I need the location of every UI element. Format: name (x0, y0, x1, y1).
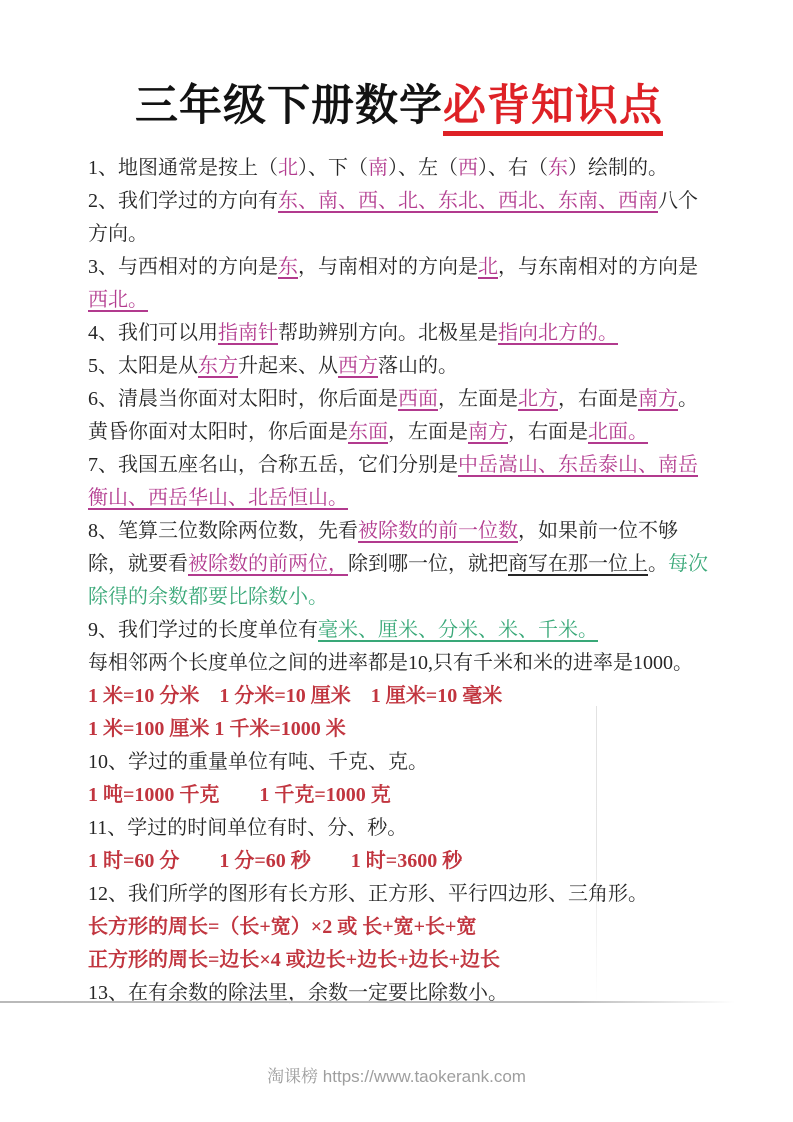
text-segment: 4、我们可以用 (88, 322, 218, 344)
text-segment: 5、太阳是从 (88, 355, 198, 377)
knowledge-item: 5、太阳是从东方升起来、从西方落山的。 (88, 350, 710, 383)
text-segment: 东、南、西、北、东北、西北、东南、西南 (278, 190, 658, 212)
text-segment: 西 (458, 157, 478, 179)
text-segment: 3、与西相对的方向是 (88, 256, 278, 278)
knowledge-item: 每相邻两个长度单位之间的进率都是10,只有千米和米的进率是1000。 (88, 647, 710, 680)
text-segment: 商写在那一位上 (508, 553, 648, 575)
text-segment: 毫米、厘米、分米、米、千米。 (318, 619, 598, 641)
text-segment: 10、学过的重量单位有吨、千克、克。 (88, 751, 428, 773)
text-segment: ，与南相对的方向是 (298, 256, 478, 278)
text-segment: ，左面是 (388, 421, 468, 443)
knowledge-item: 12、我们所学的图形有长方形、正方形、平行四边形、三角形。 (88, 878, 710, 911)
text-segment: 6、清晨当你面对太阳时，你后面是 (88, 388, 398, 410)
knowledge-item: 3、与西相对的方向是东，与南相对的方向是北，与东南相对的方向是西北。 (88, 251, 710, 317)
text-segment: 东 (548, 157, 568, 179)
knowledge-item: 4、我们可以用指南针帮助辨别方向。北极星是指向北方的。 (88, 317, 710, 350)
text-segment: 西方 (338, 355, 378, 377)
text-segment: 北 (478, 256, 498, 278)
text-segment: ）、左（ (388, 157, 458, 179)
text-segment: 除到哪一位，就把 (348, 553, 508, 575)
document-page: 三年级下册数学必背知识点 1、地图通常是按上（北）、下（南）、左（西）、右（东）… (88, 0, 710, 1010)
formula-line: 1 吨=1000 千克 1 千克=1000 克 (88, 779, 710, 812)
text-segment: 1 时=60 分 1 分=60 秒 1 时=3600 秒 (88, 850, 462, 872)
page-title-black-part: 三年级下册数学 (135, 82, 443, 130)
text-segment: 东面 (348, 421, 388, 443)
text-segment: 长方形的周长=（长+宽）×2 或 长+宽+长+宽 (88, 916, 476, 938)
knowledge-item: 6、清晨当你面对太阳时，你后面是西面，左面是北方，右面是南方。黄昏你面对太阳时，… (88, 383, 710, 449)
knowledge-item: 8、笔算三位数除两位数，先看被除数的前一位数，如果前一位不够除，就要看被除数的前… (88, 515, 710, 614)
text-segment: 帮助辨别方向。北极星是 (278, 322, 498, 344)
text-segment: ）、下（ (298, 157, 368, 179)
knowledge-item: 9、我们学过的长度单位有毫米、厘米、分米、米、千米。 (88, 614, 710, 647)
knowledge-item: 2、我们学过的方向有东、南、西、北、东北、西北、东南、西南八个方向。 (88, 185, 710, 251)
knowledge-item: 1、地图通常是按上（北）、下（南）、左（西）、右（东）绘制的。 (88, 152, 710, 185)
text-segment: ，左面是 (438, 388, 518, 410)
footer-url: https://www.taokerank.com (323, 1067, 526, 1086)
text-segment: 12、我们所学的图形有长方形、正方形、平行四边形、三角形。 (88, 883, 648, 905)
text-segment: 西面 (398, 388, 438, 410)
bottom-divider-line (0, 1001, 735, 1003)
text-segment: ，右面是 (508, 421, 588, 443)
text-segment: 1 米=100 厘米 1 千米=1000 米 (88, 718, 346, 740)
page-title: 三年级下册数学必背知识点 (88, 78, 710, 134)
footer: 淘课榜 https://www.taokerank.com (0, 1064, 793, 1090)
text-segment: 7、我国五座名山，合称五岳，它们分别是 (88, 454, 458, 476)
text-segment: 1、地图通常是按上（ (88, 157, 278, 179)
text-segment: 落山的。 (378, 355, 458, 377)
text-segment: ）、右（ (478, 157, 548, 179)
knowledge-item: 10、学过的重量单位有吨、千克、克。 (88, 746, 710, 779)
text-segment: 东 (278, 256, 298, 278)
text-segment: 1 吨=1000 千克 1 千克=1000 克 (88, 784, 391, 806)
text-segment: 升起来、从 (238, 355, 338, 377)
text-segment: 指向北方的。 (498, 322, 618, 344)
text-segment: 被除数的前一位数 (358, 520, 518, 542)
text-segment: 11、学过的时间单位有时、分、秒。 (88, 817, 407, 839)
text-segment: 每相邻两个长度单位之间的进率都是10,只有千米和米的进率是1000。 (88, 652, 693, 674)
formula-line: 正方形的周长=边长×4 或边长+边长+边长+边长 (88, 944, 710, 977)
text-segment: 2、我们学过的方向有 (88, 190, 278, 212)
text-segment: ，与东南相对的方向是 (498, 256, 698, 278)
text-segment: 北 (278, 157, 298, 179)
formula-line: 1 米=100 厘米 1 千米=1000 米 (88, 713, 710, 746)
text-segment: 南方 (638, 388, 678, 410)
text-segment: 北面。 (588, 421, 648, 443)
formula-line: 1 时=60 分 1 分=60 秒 1 时=3600 秒 (88, 845, 710, 878)
text-segment: 正方形的周长=边长×4 或边长+边长+边长+边长 (88, 949, 500, 971)
content-blocks: 1、地图通常是按上（北）、下（南）、左（西）、右（东）绘制的。2、我们学过的方向… (88, 152, 710, 1010)
knowledge-item: 7、我国五座名山，合称五岳，它们分别是中岳嵩山、东岳泰山、南岳衡山、西岳华山、北… (88, 449, 710, 515)
text-segment: 南 (368, 157, 388, 179)
text-segment: 北方 (518, 388, 558, 410)
text-segment: 南方 (468, 421, 508, 443)
text-segment: 1 米=10 分米 1 分米=10 厘米 1 厘米=10 毫米 (88, 685, 502, 707)
text-segment: 被除数的前两位， (188, 553, 348, 575)
text-segment: 指南针 (218, 322, 278, 344)
text-segment: 。 (648, 553, 668, 575)
footer-site-name: 淘课榜 (267, 1067, 318, 1086)
page-title-red-highlight: 必背知识点 (443, 82, 663, 136)
knowledge-item: 13、在有余数的除法里，余数一定要比除数小。 (88, 977, 710, 1010)
text-segment: 9、我们学过的长度单位有 (88, 619, 318, 641)
text-segment: ，右面是 (558, 388, 638, 410)
formula-line: 长方形的周长=（长+宽）×2 或 长+宽+长+宽 (88, 911, 710, 944)
text-segment: 东方 (198, 355, 238, 377)
text-segment: 8、笔算三位数除两位数，先看 (88, 520, 358, 542)
knowledge-item: 11、学过的时间单位有时、分、秒。 (88, 812, 710, 845)
scan-artifact-vertical-line (596, 706, 597, 1002)
text-segment: 西北。 (88, 289, 148, 311)
formula-line: 1 米=10 分米 1 分米=10 厘米 1 厘米=10 毫米 (88, 680, 710, 713)
text-segment: ）绘制的。 (568, 157, 668, 179)
